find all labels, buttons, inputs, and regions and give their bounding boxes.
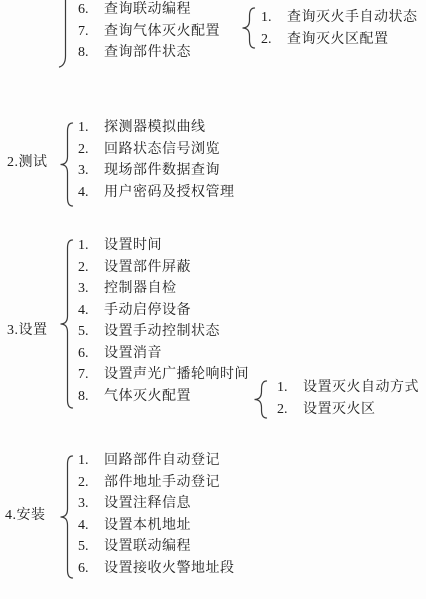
menu-item: 5.设置手动控制状态	[78, 321, 249, 343]
item-text: 设置部件屏蔽	[104, 260, 191, 275]
item-text: 手动启停设备	[104, 303, 191, 318]
item-number: 1.	[277, 377, 303, 399]
menu-item: 2.设置灭火区	[277, 399, 419, 421]
item-number: 6.	[78, 0, 104, 21]
section4-label: 4.安装	[5, 506, 46, 526]
section1-brace-partial	[57, 0, 72, 68]
menu-item: 6.设置消音	[78, 343, 249, 365]
item-number: 2.	[78, 139, 104, 161]
item-text: 查询灭火手自动状态	[287, 10, 418, 25]
section1-nested-item-list: 1.查询灭火手自动状态2.查询灭火区配置	[261, 7, 418, 50]
item-number: 3.	[78, 278, 104, 300]
menu-item: 2.查询灭火区配置	[261, 29, 418, 51]
item-text: 设置联动编程	[104, 539, 191, 554]
item-number: 4.	[78, 182, 104, 204]
section3-label: 3.设置	[7, 321, 48, 341]
menu-item: 3.控制器自检	[78, 278, 249, 300]
item-number: 3.	[78, 160, 104, 182]
section2-brace	[59, 122, 74, 207]
item-number: 1.	[261, 7, 287, 29]
item-text: 用户密码及授权管理	[104, 185, 235, 200]
section3-item-list: 1.设置时间2.设置部件屏蔽3.控制器自检4.手动启停设备5.设置手动控制状态6…	[78, 235, 249, 407]
menu-item: 1.回路部件自动登记	[78, 450, 235, 472]
menu-item: 5.设置联动编程	[78, 536, 235, 558]
item-number: 6.	[78, 558, 104, 580]
item-text: 控制器自检	[104, 281, 177, 296]
item-text: 回路状态信号浏览	[104, 142, 220, 157]
item-number: 4.	[78, 300, 104, 322]
item-text: 气体灭火配置	[104, 389, 191, 404]
item-text: 查询气体灭火配置	[104, 24, 220, 39]
item-text: 设置消音	[104, 346, 162, 361]
menu-item: 7.查询气体灭火配置	[78, 21, 220, 43]
item-number: 8.	[78, 42, 104, 64]
item-number: 7.	[78, 21, 104, 43]
item-number: 7.	[78, 364, 104, 386]
menu-item: 1.查询灭火手自动状态	[261, 7, 418, 29]
section3-brace	[59, 239, 74, 409]
section4-brace	[59, 455, 74, 579]
item-number: 1.	[78, 117, 104, 139]
item-text: 回路部件自动登记	[104, 453, 220, 468]
section3-nested-item-list: 1.设置灭火自动方式2.设置灭火区	[277, 377, 419, 420]
menu-item: 1.设置灭火自动方式	[277, 377, 419, 399]
menu-item: 4.手动启停设备	[78, 300, 249, 322]
menu-item: 1.探测器模拟曲线	[78, 117, 235, 139]
item-text: 设置接收火警地址段	[104, 561, 235, 576]
menu-item: 7.设置声光广播轮响时间	[78, 364, 249, 386]
item-text: 设置本机地址	[104, 518, 191, 533]
item-text: 查询联动编程	[104, 2, 191, 17]
item-number: 1.	[78, 235, 104, 257]
menu-item: 8.查询部件状态	[78, 42, 220, 64]
menu-item: 8.气体灭火配置	[78, 386, 249, 408]
item-text: 查询部件状态	[104, 45, 191, 60]
item-number: 6.	[78, 343, 104, 365]
menu-item: 2.回路状态信号浏览	[78, 139, 235, 161]
item-text: 查询灭火区配置	[287, 32, 389, 47]
section2-label: 2.测试	[7, 153, 48, 173]
section3-nested-brace	[253, 380, 268, 419]
menu-item: 1.设置时间	[78, 235, 249, 257]
section4-item-list: 1.回路部件自动登记2.部件地址手动登记3.设置注释信息4.设置本机地址5.设置…	[78, 450, 235, 579]
item-number: 2.	[78, 472, 104, 494]
menu-item: 3.设置注释信息	[78, 493, 235, 515]
item-text: 设置注释信息	[104, 496, 191, 511]
item-text: 设置声光广播轮响时间	[104, 367, 249, 382]
item-number: 2.	[277, 399, 303, 421]
item-number: 8.	[78, 386, 104, 408]
menu-item: 6.设置接收火警地址段	[78, 558, 235, 580]
section1-nested-brace	[241, 7, 256, 49]
menu-item: 4.用户密码及授权管理	[78, 182, 235, 204]
item-text: 现场部件数据查询	[104, 163, 220, 178]
item-text: 探测器模拟曲线	[104, 120, 206, 135]
item-text: 设置手动控制状态	[104, 324, 220, 339]
item-number: 4.	[78, 515, 104, 537]
item-number: 2.	[261, 29, 287, 51]
item-number: 3.	[78, 493, 104, 515]
item-number: 5.	[78, 536, 104, 558]
menu-structure-diagram: 6.查询联动编程7.查询气体灭火配置8.查询部件状态 1.查询灭火手自动状态2.…	[0, 0, 426, 599]
menu-item: 3.现场部件数据查询	[78, 160, 235, 182]
section2-item-list: 1.探测器模拟曲线2.回路状态信号浏览3.现场部件数据查询4.用户密码及授权管理	[78, 117, 235, 203]
item-number: 2.	[78, 257, 104, 279]
item-number: 5.	[78, 321, 104, 343]
item-text: 部件地址手动登记	[104, 475, 220, 490]
item-text: 设置灭火区	[303, 402, 376, 417]
section1-item-list: 6.查询联动编程7.查询气体灭火配置8.查询部件状态	[78, 0, 220, 64]
menu-item: 4.设置本机地址	[78, 515, 235, 537]
item-text: 设置灭火自动方式	[303, 380, 419, 395]
item-number: 1.	[78, 450, 104, 472]
item-text: 设置时间	[104, 238, 162, 253]
menu-item: 2.设置部件屏蔽	[78, 257, 249, 279]
menu-item: 6.查询联动编程	[78, 0, 220, 21]
menu-item: 2.部件地址手动登记	[78, 472, 235, 494]
